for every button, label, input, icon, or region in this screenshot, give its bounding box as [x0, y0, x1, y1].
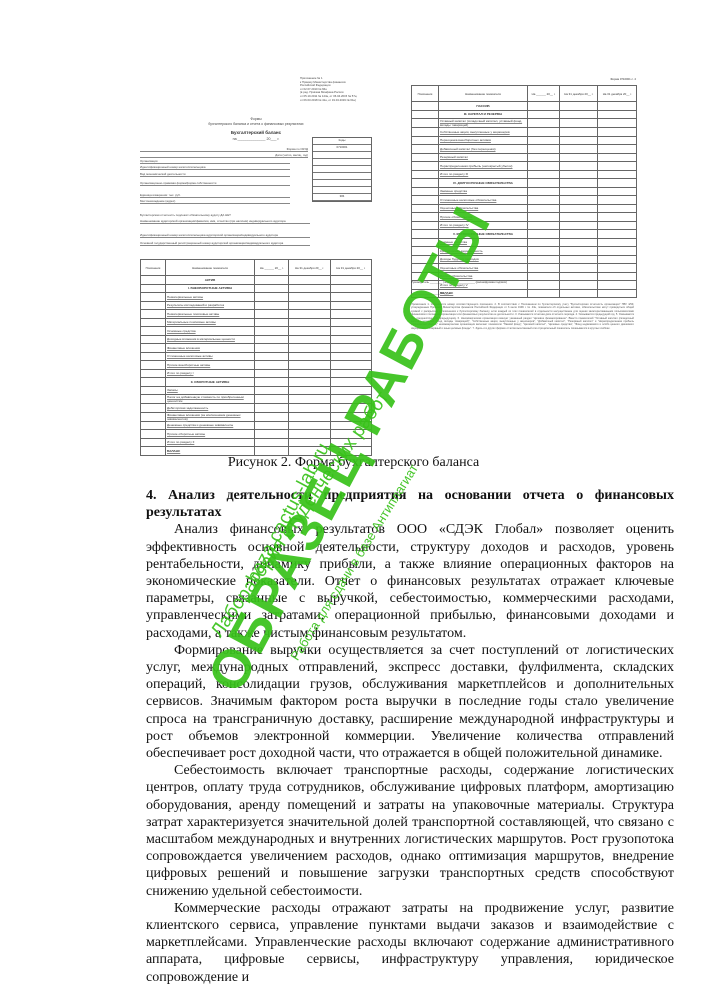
table-row: Резервный капитал [412, 153, 637, 162]
table-row: Кредиторская задолженность [412, 247, 637, 256]
row-value-cell [289, 284, 330, 293]
row-value-cell [330, 293, 371, 302]
table-row: АКТИВ [141, 276, 372, 285]
form-subtitle: бухгалтерского баланса и отчета о финанс… [140, 122, 372, 126]
row-value-cell [289, 395, 330, 404]
auditor-ogrn-line: Основной государственный регистрационный… [140, 241, 310, 246]
row-indicator-name: Итого по разделу IV [439, 221, 528, 230]
row-value-cell [289, 344, 330, 353]
row-indicator-name: Основные средства [166, 327, 255, 336]
row-value-cell [560, 128, 598, 137]
row-indicator-name: Уставный капитал (складочный капитал, ус… [439, 119, 528, 128]
row-indicator-name: Переоценка внеоборотных активов [439, 136, 528, 145]
row-value-cell [560, 187, 598, 196]
row-indicator-name: Денежные средства и денежные эквиваленты [166, 421, 255, 430]
table-row: Основные средства [141, 327, 372, 336]
row-value-cell [330, 421, 371, 430]
col-header-period-1: На ______ 20__ г. [528, 86, 560, 102]
row-value-cell [289, 369, 330, 378]
col-header-notes: Пояснения [412, 86, 439, 102]
row-value-cell [598, 136, 637, 145]
row-indicator-name: I. ВНЕОБОРОТНЫЕ АКТИВЫ [166, 284, 255, 293]
row-notes-cell [412, 247, 439, 256]
table-row: Оценочные обязательства [412, 204, 637, 213]
row-notes-cell [141, 447, 166, 456]
row-notes-cell [412, 162, 439, 171]
row-value-cell [330, 310, 371, 319]
row-indicator-name: II. ОБОРОТНЫЕ АКТИВЫ [166, 378, 255, 387]
row-value-cell [598, 230, 637, 239]
row-value-cell [330, 438, 371, 447]
row-value-cell [330, 352, 371, 361]
row-indicator-name: Итого по разделу III [439, 170, 528, 179]
row-notes-cell [141, 421, 166, 430]
row-notes-cell [412, 179, 439, 188]
balance-sheet-form-page-1: Приложение № 1 к Приказу Министерства фи… [140, 75, 372, 447]
col-header-period-3: На 31 декабря 20__ г. [330, 260, 371, 276]
row-notes-cell [141, 361, 166, 370]
col-header-notes: Пояснения [141, 260, 166, 276]
row-value-cell [289, 430, 330, 439]
auditor-name-line: Наименование аудиторской организации/фам… [140, 219, 310, 224]
row-value-cell [528, 264, 560, 273]
row-notes-cell [412, 145, 439, 154]
appendix-line: от 06.03.2018 № 41н, от 19.04.2019 № 61н… [300, 99, 368, 103]
row-value-cell [330, 386, 371, 395]
row-value-cell [528, 179, 560, 188]
row-value-cell [289, 447, 330, 456]
row-value-cell [560, 136, 598, 145]
row-value-cell [528, 136, 560, 145]
row-value-cell [289, 276, 330, 285]
table-row: Доходы будущих периодов [412, 255, 637, 264]
row-value-cell [560, 255, 598, 264]
table-row: I. ВНЕОБОРОТНЫЕ АКТИВЫ [141, 284, 372, 293]
row-indicator-name: Дебиторская задолженность [166, 404, 255, 413]
row-value-cell [560, 153, 598, 162]
row-notes-cell [141, 369, 166, 378]
table-row: Нераспределенная прибыль (непокрытый убы… [412, 162, 637, 171]
row-value-cell [255, 352, 289, 361]
form-footnotes: Примечания 1. Указывается номер соответс… [411, 303, 634, 330]
table-row: V. КРАТКОСРОЧНЫЕ ОБЯЗАТЕЛЬСТВА [412, 230, 637, 239]
row-indicator-name: Прочие обязательства [439, 213, 528, 222]
row-notes-cell [412, 196, 439, 205]
row-indicator-name: Доходы будущих периодов [439, 255, 528, 264]
row-value-cell [528, 272, 560, 281]
row-indicator-name: Заемные средства [439, 238, 528, 247]
row-notes-cell [141, 276, 166, 285]
table-row: Уставный капитал (складочный капитал, ус… [412, 119, 637, 128]
auditor-inn-line: Идентификационный номер налогоплательщик… [140, 233, 310, 238]
row-notes-cell [412, 119, 439, 128]
row-notes-cell [412, 204, 439, 213]
table-row: Денежные средства и денежные эквиваленты [141, 421, 372, 430]
row-notes-cell [412, 264, 439, 273]
row-notes-cell [412, 187, 439, 196]
row-value-cell [255, 378, 289, 387]
row-notes-cell [412, 255, 439, 264]
org-field-organization: Организация [140, 159, 290, 164]
row-indicator-name: Материальные поисковые активы [166, 318, 255, 327]
row-notes-cell [412, 153, 439, 162]
table-row: Добавочный капитал (без переоценки) [412, 145, 637, 154]
row-value-cell [330, 276, 371, 285]
row-value-cell [330, 447, 371, 456]
row-value-cell [289, 404, 330, 413]
row-value-cell [560, 238, 598, 247]
codes-header: Коды [313, 138, 371, 145]
row-value-cell [289, 335, 330, 344]
table-row: IV. ДОЛГОСРОЧНЫЕ ОБЯЗАТЕЛЬСТВА [412, 179, 637, 188]
row-value-cell [528, 281, 560, 290]
row-indicator-name: Резервный капитал [439, 153, 528, 162]
row-notes-cell [141, 335, 166, 344]
row-notes-cell [412, 136, 439, 145]
row-value-cell [598, 238, 637, 247]
row-value-cell [289, 318, 330, 327]
paragraph: Анализ финансовых результатов ООО «СДЭК … [146, 521, 674, 641]
row-value-cell [560, 289, 598, 298]
row-value-cell [255, 327, 289, 336]
table-row: Переоценка внеоборотных активов [412, 136, 637, 145]
row-indicator-name: ПАССИВ [439, 102, 528, 111]
row-value-cell [598, 170, 637, 179]
row-indicator-name: V. КРАТКОСРОЧНЫЕ ОБЯЗАТЕЛЬСТВА [439, 230, 528, 239]
row-indicator-name: Нематериальные поисковые активы [166, 310, 255, 319]
row-value-cell [598, 272, 637, 281]
row-indicator-name: Прочие оборотные активы [166, 430, 255, 439]
row-value-cell [598, 119, 637, 128]
row-value-cell [330, 378, 371, 387]
row-value-cell [560, 272, 598, 281]
row-notes-cell [412, 213, 439, 222]
row-indicator-name: Отложенные налоговые обязательства [439, 196, 528, 205]
row-indicator-name: Финансовые вложения [166, 344, 255, 353]
paragraph: Себестоимость включает транспортные расх… [146, 762, 674, 900]
row-value-cell [560, 247, 598, 256]
row-value-cell [528, 110, 560, 119]
row-notes-cell [141, 327, 166, 336]
row-notes-cell [141, 318, 166, 327]
row-value-cell [528, 119, 560, 128]
row-value-cell [598, 102, 637, 111]
row-value-cell [528, 255, 560, 264]
row-value-cell [255, 293, 289, 302]
table-row: Запасы [141, 386, 372, 395]
row-value-cell [289, 361, 330, 370]
row-value-cell [598, 196, 637, 205]
row-indicator-name: Собственные акции, выкупленные у акционе… [439, 128, 528, 137]
table-row: Прочие внеоборотные активы [141, 361, 372, 370]
row-notes-cell [412, 230, 439, 239]
codes-box: Коды 0710001 384 [312, 137, 372, 202]
row-value-cell [528, 289, 560, 298]
table-row: Итого по разделу IV [412, 221, 637, 230]
row-value-cell [330, 361, 371, 370]
row-value-cell [560, 230, 598, 239]
table-row: Оценочные обязательства [412, 264, 637, 273]
row-value-cell [289, 438, 330, 447]
row-notes-cell [141, 412, 166, 421]
row-indicator-name: III. КАПИТАЛ И РЕЗЕРВЫ [439, 110, 528, 119]
row-notes-cell [141, 293, 166, 302]
row-value-cell [598, 145, 637, 154]
row-indicator-name: Результаты исследований и разработок [166, 301, 255, 310]
row-value-cell [598, 247, 637, 256]
row-value-cell [289, 352, 330, 361]
row-value-cell [330, 344, 371, 353]
table-row: ПАССИВ [412, 102, 637, 111]
row-notes-cell [141, 301, 166, 310]
row-value-cell [598, 213, 637, 222]
row-indicator-name: Доходные вложения в материальные ценност… [166, 335, 255, 344]
table-row: Итого по разделу III [412, 170, 637, 179]
row-value-cell [598, 153, 637, 162]
row-value-cell [255, 318, 289, 327]
row-value-cell [528, 213, 560, 222]
row-notes-cell [141, 430, 166, 439]
org-field-date: Дата (число, месяц, год) [140, 153, 308, 158]
signature-line: Руководитель ________ (подпись) ________… [411, 280, 507, 284]
row-value-cell [330, 369, 371, 378]
row-value-cell [255, 344, 289, 353]
row-value-cell [598, 110, 637, 119]
row-indicator-name: АКТИВ [166, 276, 255, 285]
row-value-cell [598, 204, 637, 213]
row-value-cell [528, 162, 560, 171]
col-header-indicator: Наименование показателя [439, 86, 528, 102]
table-row: Финансовые вложения [141, 344, 372, 353]
form-appendix-note: Приложение № 1 к Приказу Министерства фи… [300, 77, 368, 102]
row-indicator-name: Прочие внеоборотные активы [166, 361, 255, 370]
row-indicator-name: IV. ДОЛГОСРОЧНЫЕ ОБЯЗАТЕЛЬСТВА [439, 179, 528, 188]
form-title: Бухгалтерский баланс [140, 130, 372, 135]
table-row: Собственные акции, выкупленные у акционе… [412, 128, 637, 137]
row-value-cell [598, 128, 637, 137]
row-value-cell [528, 187, 560, 196]
section-heading: 4. Анализ деятельности предприятия на ос… [146, 487, 674, 521]
table-row: Итого по разделу II [141, 438, 372, 447]
row-indicator-name: Добавочный капитал (без переоценки) [439, 145, 528, 154]
row-indicator-name: Оценочные обязательства [439, 264, 528, 273]
row-value-cell [255, 301, 289, 310]
audit-checkbox-line: Бухгалтерская отчетность подлежит обязат… [140, 213, 310, 217]
signature-date-line: "___" ______________ 20___ г. [411, 291, 451, 295]
org-field-inn: Идентификационный номер налогоплательщик… [140, 165, 290, 170]
row-value-cell [255, 421, 289, 430]
org-field-okud: Форма по ОКУД [140, 147, 308, 152]
row-value-cell [330, 412, 371, 421]
table-row: Отложенные налоговые активы [141, 352, 372, 361]
row-value-cell [598, 264, 637, 273]
row-value-cell [330, 284, 371, 293]
table-row: Результаты исследований и разработок [141, 301, 372, 310]
table-row: Прочие оборотные активы [141, 430, 372, 439]
form-label: Формы [140, 117, 372, 121]
table-row: Дебиторская задолженность [141, 404, 372, 413]
row-value-cell [560, 204, 598, 213]
row-notes-cell [141, 284, 166, 293]
row-notes-cell [141, 310, 166, 319]
table-row: Финансовые вложения (за исключением дене… [141, 412, 372, 421]
table-row: Нематериальные активы [141, 293, 372, 302]
row-value-cell [528, 170, 560, 179]
row-value-cell [598, 179, 637, 188]
row-value-cell [528, 247, 560, 256]
row-value-cell [528, 196, 560, 205]
row-value-cell [289, 386, 330, 395]
table-row: II. ОБОРОТНЫЕ АКТИВЫ [141, 378, 372, 387]
row-value-cell [289, 421, 330, 430]
table-row: Материальные поисковые активы [141, 318, 372, 327]
row-notes-cell [412, 170, 439, 179]
org-field-legal-form: Организационно-правовая форма/форма собс… [140, 181, 290, 186]
row-indicator-name: Запасы [166, 386, 255, 395]
row-value-cell [255, 335, 289, 344]
row-notes-cell [412, 221, 439, 230]
row-value-cell [598, 162, 637, 171]
row-value-cell [330, 327, 371, 336]
table-row: Итого по разделу I [141, 369, 372, 378]
row-value-cell [289, 378, 330, 387]
col-header-period-2: На 31 декабря 20__ г. [289, 260, 330, 276]
row-indicator-name: Итого по разделу I [166, 369, 255, 378]
row-notes-cell [412, 128, 439, 137]
balance-sheet-assets-table: Пояснения Наименование показателя На ___… [140, 259, 372, 456]
row-notes-cell [141, 395, 166, 404]
row-value-cell [528, 153, 560, 162]
balance-sheet-form-page-2: Форма 0710001 с. 2 Пояснения Наименовани… [405, 75, 638, 365]
row-value-cell [528, 230, 560, 239]
row-value-cell [528, 221, 560, 230]
row-value-cell [255, 438, 289, 447]
row-value-cell [560, 221, 598, 230]
figure-caption: Рисунок 2. Форма бухгалтерского баланса [0, 455, 707, 471]
paragraph: Формирование выручки осуществляется за с… [146, 642, 674, 762]
col-header-period-1: На ______ 20__ г. [255, 260, 289, 276]
table-row: Заемные средства [412, 187, 637, 196]
col-header-period-2: На 31 декабря 20__ г. [560, 86, 598, 102]
row-value-cell [330, 395, 371, 404]
row-value-cell [330, 430, 371, 439]
row-value-cell [528, 204, 560, 213]
row-notes-cell [412, 102, 439, 111]
col-header-period-3: На 31 декабря 20__ г. [598, 86, 637, 102]
row-indicator-name: Финансовые вложения (за исключением дене… [166, 412, 255, 421]
row-indicator-name: Отложенные налоговые активы [166, 352, 255, 361]
row-notes-cell [412, 110, 439, 119]
row-value-cell [560, 145, 598, 154]
row-value-cell [289, 293, 330, 302]
row-value-cell [560, 162, 598, 171]
row-notes-cell [141, 344, 166, 353]
row-value-cell [560, 196, 598, 205]
row-value-cell [560, 170, 598, 179]
row-value-cell [528, 238, 560, 247]
org-field-address: Местонахождение (адрес) [140, 199, 290, 204]
row-value-cell [560, 102, 598, 111]
row-value-cell [289, 310, 330, 319]
col-header-indicator: Наименование показателя [166, 260, 255, 276]
row-indicator-name: БАЛАНС [166, 447, 255, 456]
row-value-cell [289, 301, 330, 310]
form-code: Форма 0710001 с. 2 [610, 77, 636, 81]
row-notes-cell [141, 352, 166, 361]
row-notes-cell [412, 238, 439, 247]
row-notes-cell [141, 386, 166, 395]
row-indicator-name: Нераспределенная прибыль (непокрытый убы… [439, 162, 528, 171]
row-value-cell [255, 276, 289, 285]
paragraph: Коммерческие расходы отражают затраты на… [146, 900, 674, 986]
table-row: БАЛАНС [141, 447, 372, 456]
row-value-cell [560, 281, 598, 290]
row-value-cell [255, 404, 289, 413]
row-indicator-name: Итого по разделу II [166, 438, 255, 447]
row-value-cell [330, 301, 371, 310]
row-value-cell [289, 412, 330, 421]
row-value-cell [598, 187, 637, 196]
row-value-cell [255, 386, 289, 395]
row-value-cell [330, 404, 371, 413]
row-indicator-name: БАЛАНС [439, 289, 528, 298]
row-value-cell [255, 310, 289, 319]
code-okei: 384 [313, 194, 371, 201]
table-row: III. КАПИТАЛ И РЕЗЕРВЫ [412, 110, 637, 119]
row-value-cell [560, 119, 598, 128]
row-value-cell [255, 412, 289, 421]
row-value-cell [598, 289, 637, 298]
table-row: Заемные средства [412, 238, 637, 247]
row-value-cell [528, 128, 560, 137]
table-row: Налог на добавленную стоимость по приобр… [141, 395, 372, 404]
row-value-cell [289, 327, 330, 336]
document-body: 4. Анализ деятельности предприятия на ос… [146, 487, 674, 986]
row-indicator-name: Налог на добавленную стоимость по приобр… [166, 395, 255, 404]
row-value-cell [255, 395, 289, 404]
row-value-cell [255, 361, 289, 370]
code-okud: 0710001 [313, 145, 371, 152]
row-indicator-name: Кредиторская задолженность [439, 247, 528, 256]
row-value-cell [330, 318, 371, 327]
balance-sheet-liabilities-table: Пояснения Наименование показателя На ___… [411, 85, 637, 298]
row-value-cell [560, 179, 598, 188]
row-value-cell [255, 447, 289, 456]
row-value-cell [598, 281, 637, 290]
row-value-cell [560, 264, 598, 273]
row-value-cell [560, 110, 598, 119]
row-notes-cell [141, 404, 166, 413]
table-row: Нематериальные поисковые активы [141, 310, 372, 319]
row-value-cell [255, 369, 289, 378]
org-field-activity: Вид экономической деятельности [140, 172, 290, 177]
row-value-cell [528, 145, 560, 154]
table-row: Прочие обязательства [412, 213, 637, 222]
row-value-cell [598, 255, 637, 264]
row-value-cell [560, 213, 598, 222]
row-indicator-name: Нематериальные активы [166, 293, 255, 302]
row-value-cell [330, 335, 371, 344]
row-value-cell [528, 102, 560, 111]
row-notes-cell [141, 378, 166, 387]
row-value-cell [255, 430, 289, 439]
table-row: Доходные вложения в материальные ценност… [141, 335, 372, 344]
org-field-unit: Единица измерения: тыс. руб. [140, 193, 290, 198]
row-notes-cell [141, 438, 166, 447]
row-indicator-name: Оценочные обязательства [439, 204, 528, 213]
row-indicator-name: Заемные средства [439, 187, 528, 196]
table-row: Отложенные налоговые обязательства [412, 196, 637, 205]
